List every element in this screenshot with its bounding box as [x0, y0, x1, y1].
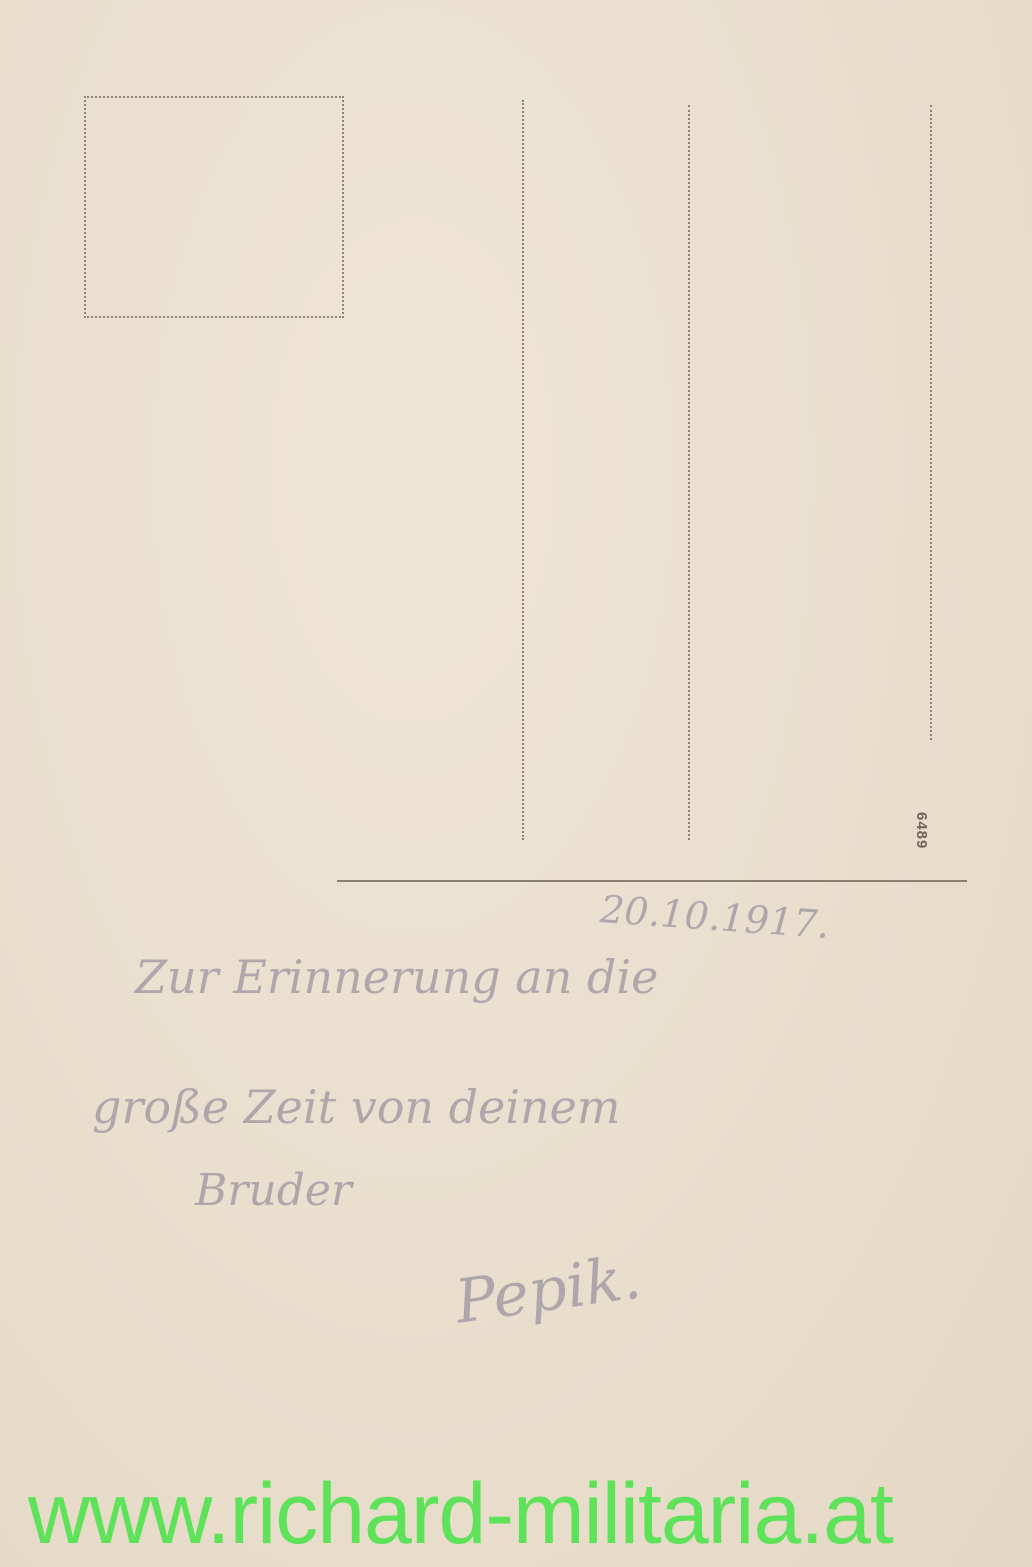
stamp-placeholder-box — [84, 96, 344, 318]
message-separator-line — [337, 880, 967, 882]
handwritten-line-3: Bruder — [195, 1165, 352, 1216]
address-divider-line-2 — [688, 105, 690, 840]
handwritten-line-1: Zur Erinnerung an die — [135, 950, 658, 1004]
address-divider-line-3 — [930, 105, 932, 740]
handwritten-line-2: große Zeit von deinem — [92, 1080, 620, 1134]
handwritten-date: 20.10.1917. — [599, 887, 831, 947]
watermark-url: www.richard-militaria.at — [28, 1465, 893, 1564]
address-divider-line-1 — [522, 100, 524, 840]
handwritten-signature: Pepik. — [451, 1242, 645, 1337]
print-code: 6489 — [913, 812, 930, 849]
